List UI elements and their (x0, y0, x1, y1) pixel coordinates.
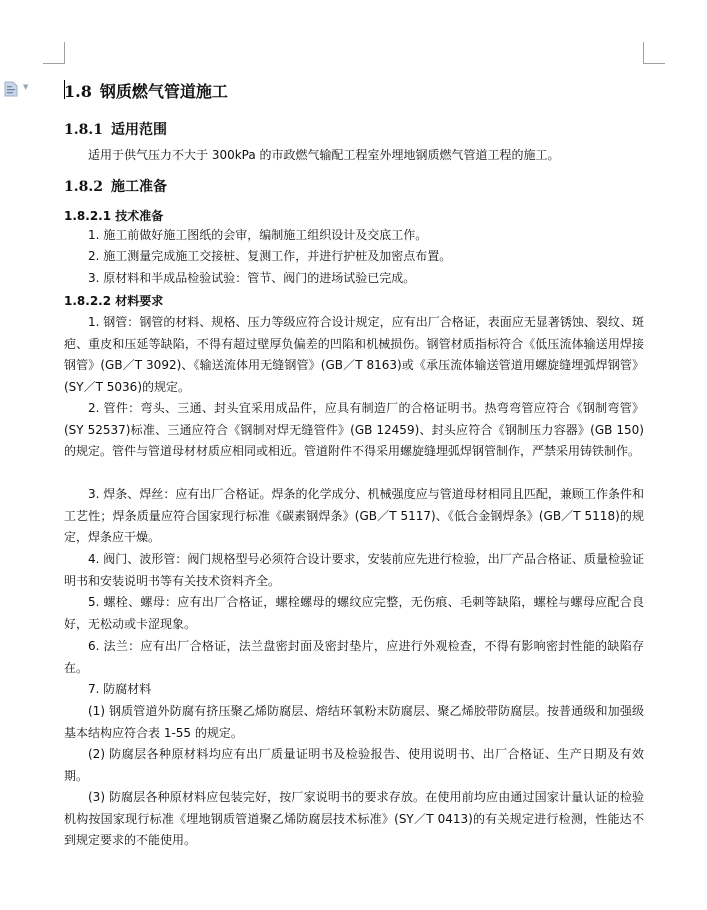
list-item: 5. 螺栓、螺母：应有出厂合格证，螺栓螺母的螺纹应完整，无伤痕、毛刺等缺陷，螺栓… (64, 592, 644, 635)
heading-title: 钢质燃气管道施工 (100, 82, 228, 101)
heading-number: 1.8.2.2 (64, 294, 111, 308)
list-item: 1. 钢管：钢管的材料、规格、压力等级应符合设计规定，应有出厂合格证，表面应无显… (64, 312, 644, 398)
heading-title: 技术准备 (115, 209, 163, 223)
list-item: 1. 施工前做好施工图纸的会审，编制施工组织设计及交底工作。 (64, 225, 644, 247)
heading-1-8-2-1: 1.8.2.1 技术准备 (64, 207, 163, 224)
heading-title: 适用范围 (111, 122, 167, 138)
heading-number: 1.8.2 (64, 179, 103, 195)
heading-1-8-2: 1.8.2施工准备 (64, 176, 167, 196)
list-item: 2. 施工测量完成施工交接桩、复测工作，并进行护桩及加密点布置。 (64, 246, 644, 268)
top-left-margin-mark (43, 42, 65, 64)
list-item: 3. 原材料和半成品检验试验：管节、阀门的进场试验已完成。 (64, 268, 644, 290)
heading-number: 1.8.2.1 (64, 209, 111, 223)
heading-1: 1.8钢质燃气管道施工 (64, 79, 228, 102)
chevron-down-icon[interactable]: ▼ (23, 83, 28, 91)
heading-title: 施工准备 (111, 179, 167, 195)
list-item: 6. 法兰：应有出厂合格证，法兰盘密封面及密封垫片，应进行外观检查，不得有影响密… (64, 636, 644, 679)
paragraph-format-icon[interactable] (4, 81, 18, 97)
list-item: 4. 阀门、波形管：阀门规格型号必须符合设计要求，安装前应先进行检验，出厂产品合… (64, 549, 644, 592)
heading-number: 1.8.1 (64, 122, 103, 138)
list-item: 3. 焊条、焊丝：应有出厂合格证。焊条的化学成分、机械强度应与管道母材相同且匹配… (64, 484, 644, 549)
top-right-margin-mark (643, 42, 665, 64)
list-item: 7. 防腐材料 (64, 679, 644, 701)
heading-title: 材料要求 (115, 294, 163, 308)
heading-number: 1.8 (64, 82, 92, 101)
list-item: (3) 防腐层各种原材料应包装完好，按厂家说明书的要求存放。在使用前均应由通过国… (64, 787, 644, 852)
list-item: (1) 钢质管道外防腐有挤压聚乙烯防腐层、熔结环氧粉末防腐层、聚乙烯胶带防腐层。… (64, 701, 644, 744)
heading-1-8-1: 1.8.1适用范围 (64, 119, 167, 139)
list-item: (2) 防腐层各种原材料均应有出厂质量证明书及检验报告、使用说明书、出厂合格证、… (64, 744, 644, 787)
heading-1-8-2-2: 1.8.2.2 材料要求 (64, 292, 163, 309)
paragraph: 适用于供气压力不大于 300kPa 的市政燃气输配工程室外埋地钢质燃气管道工程的… (64, 145, 644, 167)
list-item: 2. 管件：弯头、三通、封头宜采用成品件，应具有制造厂的合格证明书。热弯弯管应符… (64, 398, 644, 463)
